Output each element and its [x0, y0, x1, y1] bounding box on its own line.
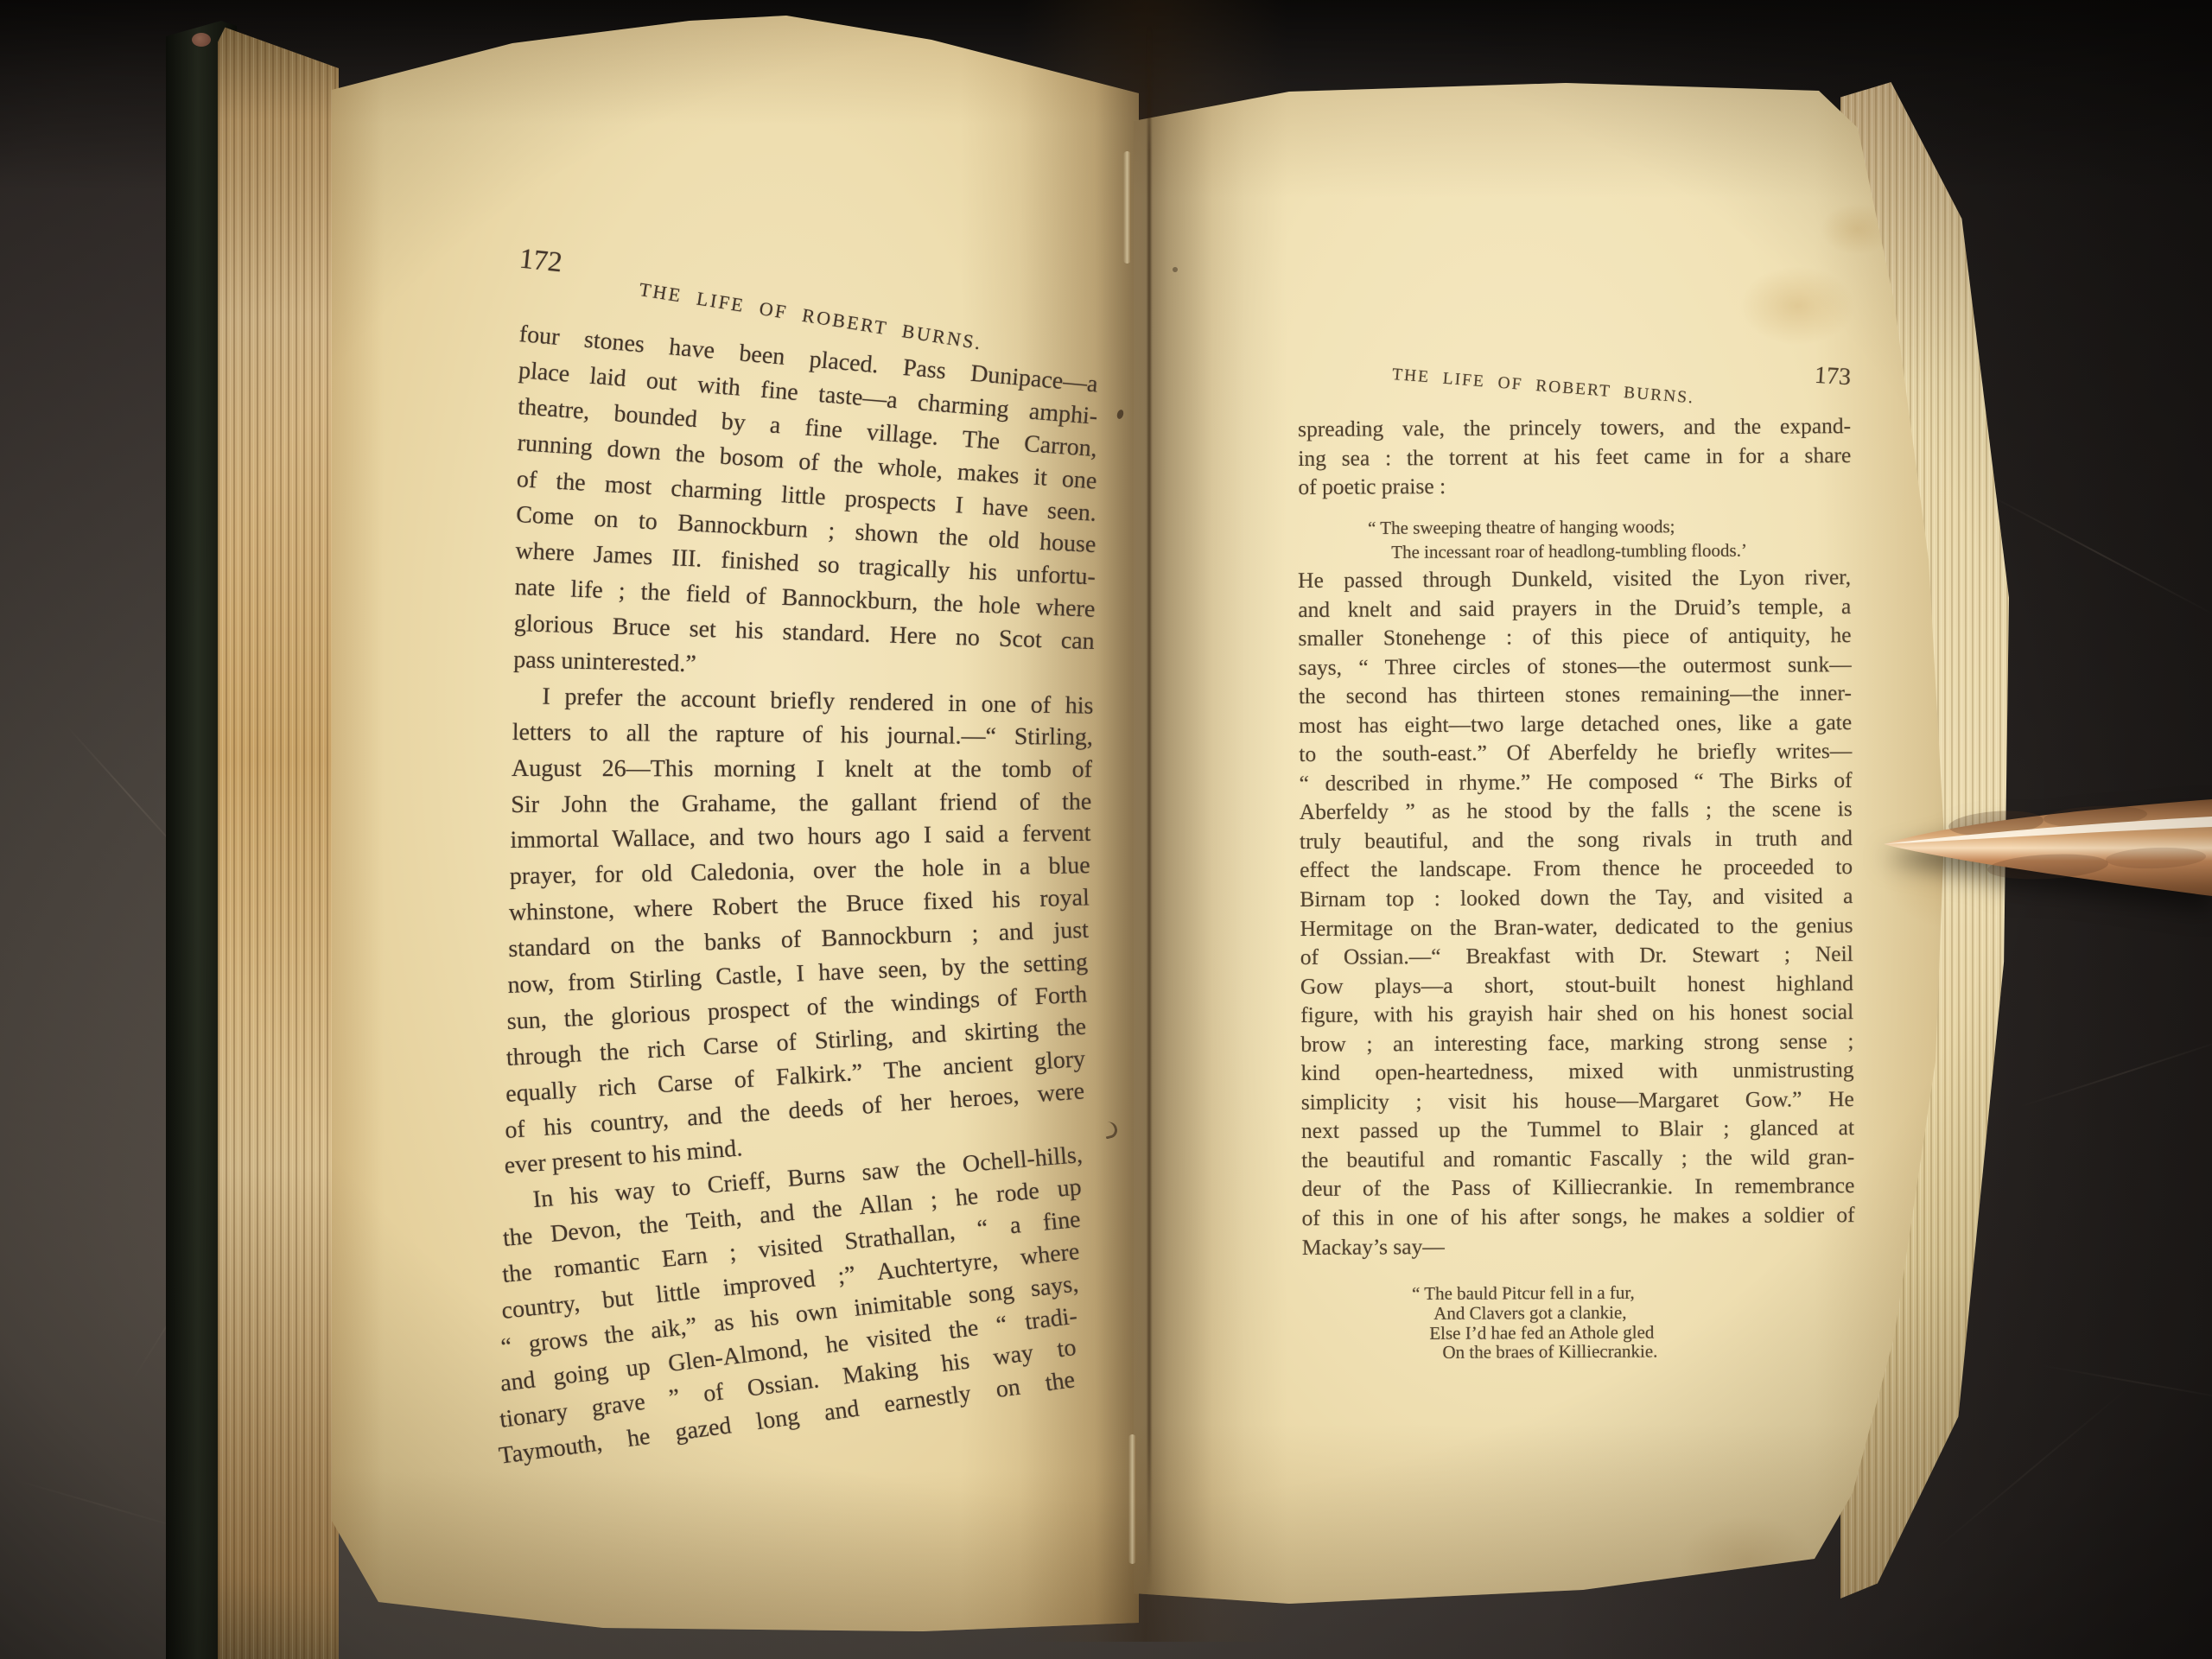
background-scratch	[2041, 1364, 2212, 1402]
text-line: simplicity ; visit his house—Margaret Go…	[1301, 1084, 1854, 1116]
verse-line: “ The sweeping theatre of hanging woods;	[1368, 514, 1747, 540]
ink-speck	[1173, 267, 1178, 272]
text-line: Aberfeldy ” as he stood by the falls ; t…	[1300, 794, 1853, 826]
text-line: most has eight—two large detached ones, …	[1299, 708, 1852, 740]
text-line: next passed up the Tummel to Blair ; gla…	[1301, 1113, 1854, 1145]
text-line: Birnam top : looked down the Tay, and vi…	[1300, 881, 1853, 913]
right-page-paragraph-open: spreading vale, the princely towers, and…	[1298, 411, 1852, 502]
background-scratch	[12, 1478, 187, 1530]
book-photograph: 172 THE LIFE OF ROBERT BURNS. four stone…	[0, 0, 2212, 1659]
verse-quote: “ The bauld Pitcur fell in a fur, And Cl…	[1412, 1283, 1657, 1363]
text-line: Gow plays—a short, stout-built honest hi…	[1300, 969, 1853, 1001]
text-line: of poetic praise :	[1298, 469, 1851, 501]
text-line: ing sea : the torrent at his feet came i…	[1298, 441, 1851, 473]
text-line: says, “ Three circles of stones—the oute…	[1299, 650, 1852, 682]
text-line: Mackay’s say—	[1302, 1230, 1855, 1262]
verse-line: “ The bauld Pitcur fell in a fur,	[1412, 1283, 1657, 1304]
verse-line: The incessant roar of headlong-tumbling …	[1391, 538, 1747, 564]
verse-quote: “ The sweeping theatre of hanging woods;…	[1368, 514, 1747, 564]
left-page-text: four stones have been placed. Pass Dunip…	[504, 316, 1084, 1475]
left-page-fore-edge	[218, 22, 339, 1659]
text-line: He passed through Dunkeld, visited the L…	[1298, 563, 1851, 594]
text-line: of Ossian.—“ Breakfast with Dr. Stewart …	[1300, 939, 1853, 971]
book-headband	[192, 33, 211, 47]
left-page-number: 172	[518, 244, 563, 280]
text-line: brow ; an interesting face, marking stro…	[1300, 1027, 1853, 1058]
text-line: letters to all the rapture of his journa…	[512, 715, 1093, 756]
text-line: spreading vale, the princely towers, and…	[1298, 411, 1851, 443]
verse-line: And Clavers got a clankie,	[1433, 1302, 1657, 1323]
text-line: of this in one of his after songs, he ma…	[1302, 1200, 1855, 1232]
text-line: deur of the Pass of Killiecrankie. In re…	[1301, 1172, 1854, 1204]
text-line: smaller Stonehenge : of this piece of an…	[1298, 620, 1851, 652]
text-line: the beautiful and romantic Fascally ; th…	[1301, 1142, 1854, 1174]
letter-opener-blade	[1866, 773, 2212, 938]
text-line: truly beautiful, and the song rivals in …	[1300, 823, 1853, 855]
background-scratch	[1985, 493, 2212, 616]
text-line: effect the landscape. From thence he pro…	[1300, 853, 1853, 885]
verse-line: On the braes of Killiecrankie.	[1442, 1342, 1657, 1363]
text-line: August 26—This morning I knelt at the to…	[512, 751, 1092, 788]
right-page-paragraph: He passed through Dunkeld, visited the L…	[1298, 563, 1855, 1262]
text-line: Hermitage on the Bran-water, dedicated t…	[1300, 911, 1853, 943]
background-scratch	[2018, 1037, 2212, 1108]
verse-line: Else I’d hae fed an Athole gled	[1429, 1322, 1657, 1343]
text-line: and knelt and said prayers in the Druid’…	[1298, 592, 1851, 624]
text-line: figure, with his grayish hair shed on hi…	[1300, 997, 1853, 1029]
text-line: “ described in rhyme.” He composed “ The…	[1299, 766, 1852, 798]
text-line: the second has thirteen stones remaining…	[1299, 678, 1852, 710]
right-page-number: 173	[1814, 362, 1852, 392]
text-line: kind open-heartedness, mixed with unmist…	[1300, 1055, 1853, 1087]
text-line: to the south-east.” Of Aberfeldy he brie…	[1299, 736, 1852, 768]
background-scratch	[1930, 1386, 2130, 1554]
